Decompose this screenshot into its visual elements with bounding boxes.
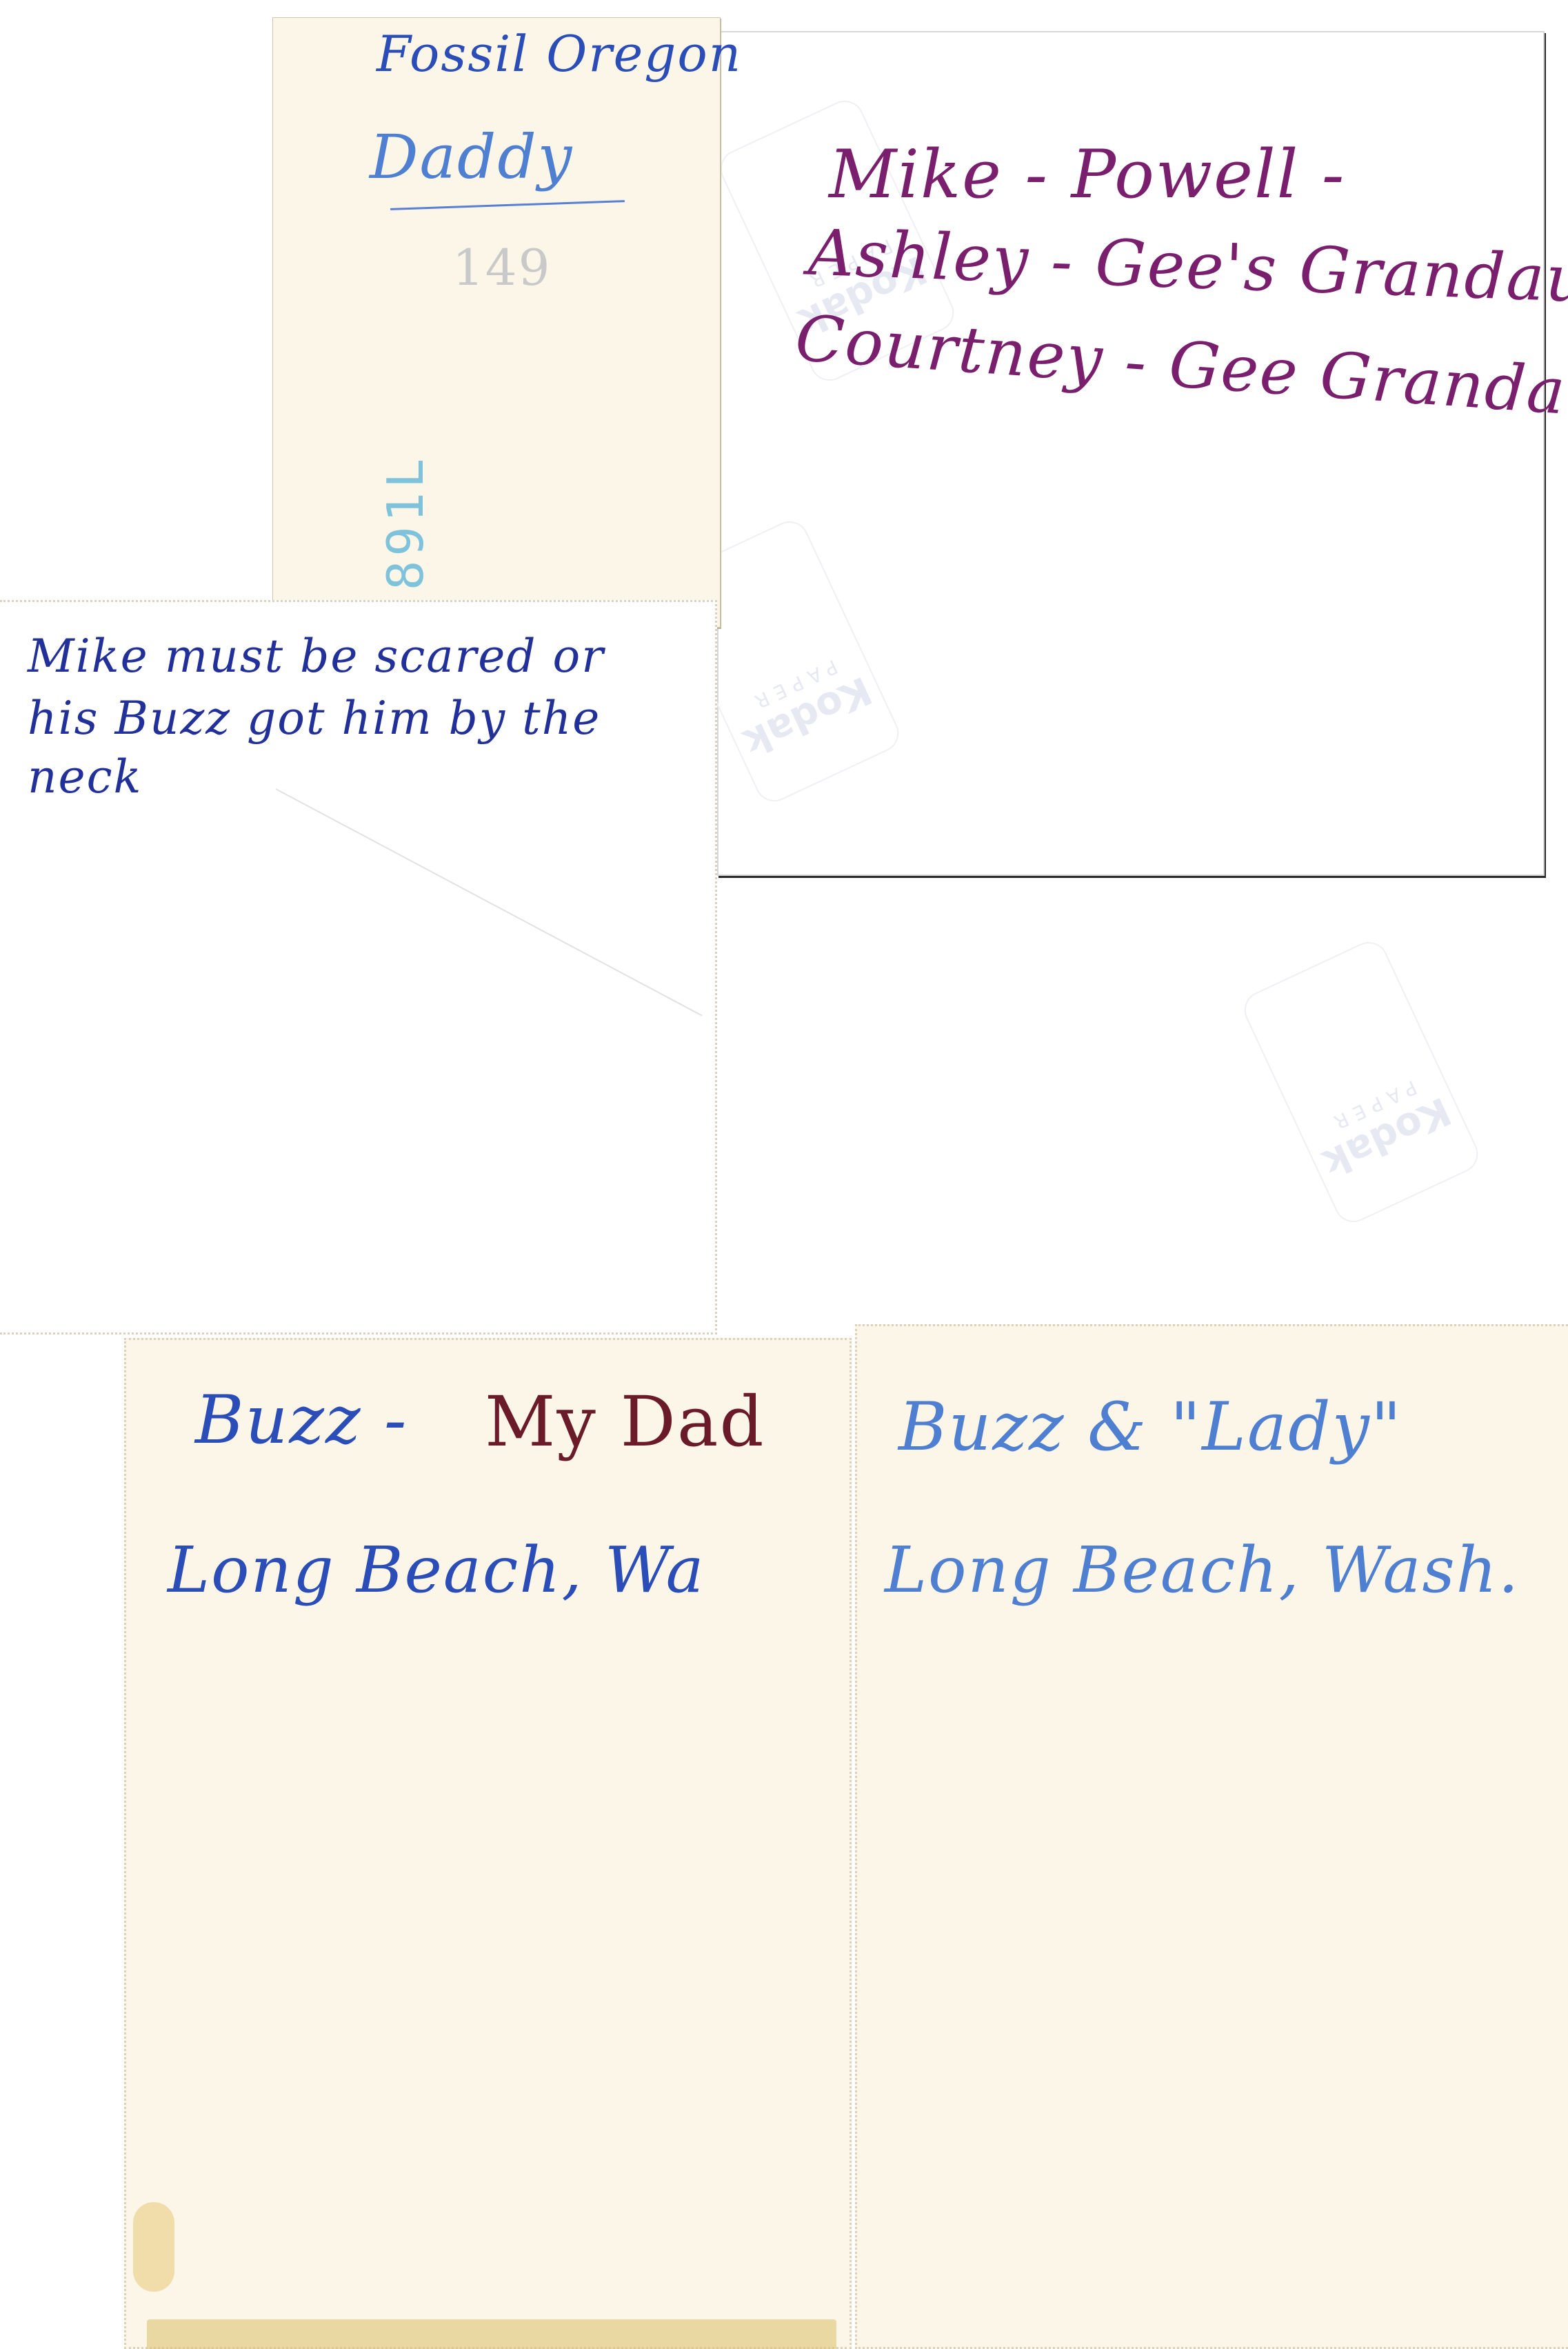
kodak-watermark-bottom: Kodak PAPER xyxy=(1238,936,1485,1229)
pencil-note: 149 xyxy=(452,239,551,297)
caption-daddy: Daddy xyxy=(370,121,573,192)
caption-buzz: Buzz - xyxy=(195,1381,408,1459)
caption-long-beach-wa: Long Beach, Wa xyxy=(168,1533,705,1607)
daddy-underline xyxy=(390,200,625,210)
caption-line-2: his Buzz got him by the xyxy=(28,692,601,745)
caption-line-3: neck xyxy=(28,750,143,803)
caption-fossil-oregon: Fossil Oregon xyxy=(376,25,742,83)
tape-residue xyxy=(147,2319,836,2349)
lab-stamp: 891L xyxy=(376,454,434,590)
paper-fold-crease xyxy=(276,788,703,1016)
photo-back-fossil-oregon: Fossil Oregon Daddy 149 891L xyxy=(272,17,721,628)
photo-back-mike-scared: Mike must be scared or his Buzz got him … xyxy=(0,600,717,1335)
age-stain xyxy=(133,2202,174,2292)
caption-courtney: Courtney - Gee Grandaughter xyxy=(793,301,1568,445)
caption-my-dad: My Dad xyxy=(485,1381,765,1462)
photo-back-buzz-my-dad: Buzz - My Dad Long Beach, Wa xyxy=(124,1338,852,2349)
caption-line-1: Mike must be scared or xyxy=(28,630,605,683)
caption-buzz-lady: Buzz & "Lady" xyxy=(898,1388,1403,1466)
photo-back-kodak: Kodak PAPER Kodak PAPER Kodak PAPER Mike… xyxy=(717,31,1545,876)
caption-mike-powell: Mike - Powell - xyxy=(829,136,1345,213)
caption-long-beach-wash: Long Beach, Wash. xyxy=(885,1533,1520,1607)
photo-back-buzz-lady: Buzz & "Lady" Long Beach, Wash. xyxy=(855,1324,1568,2349)
